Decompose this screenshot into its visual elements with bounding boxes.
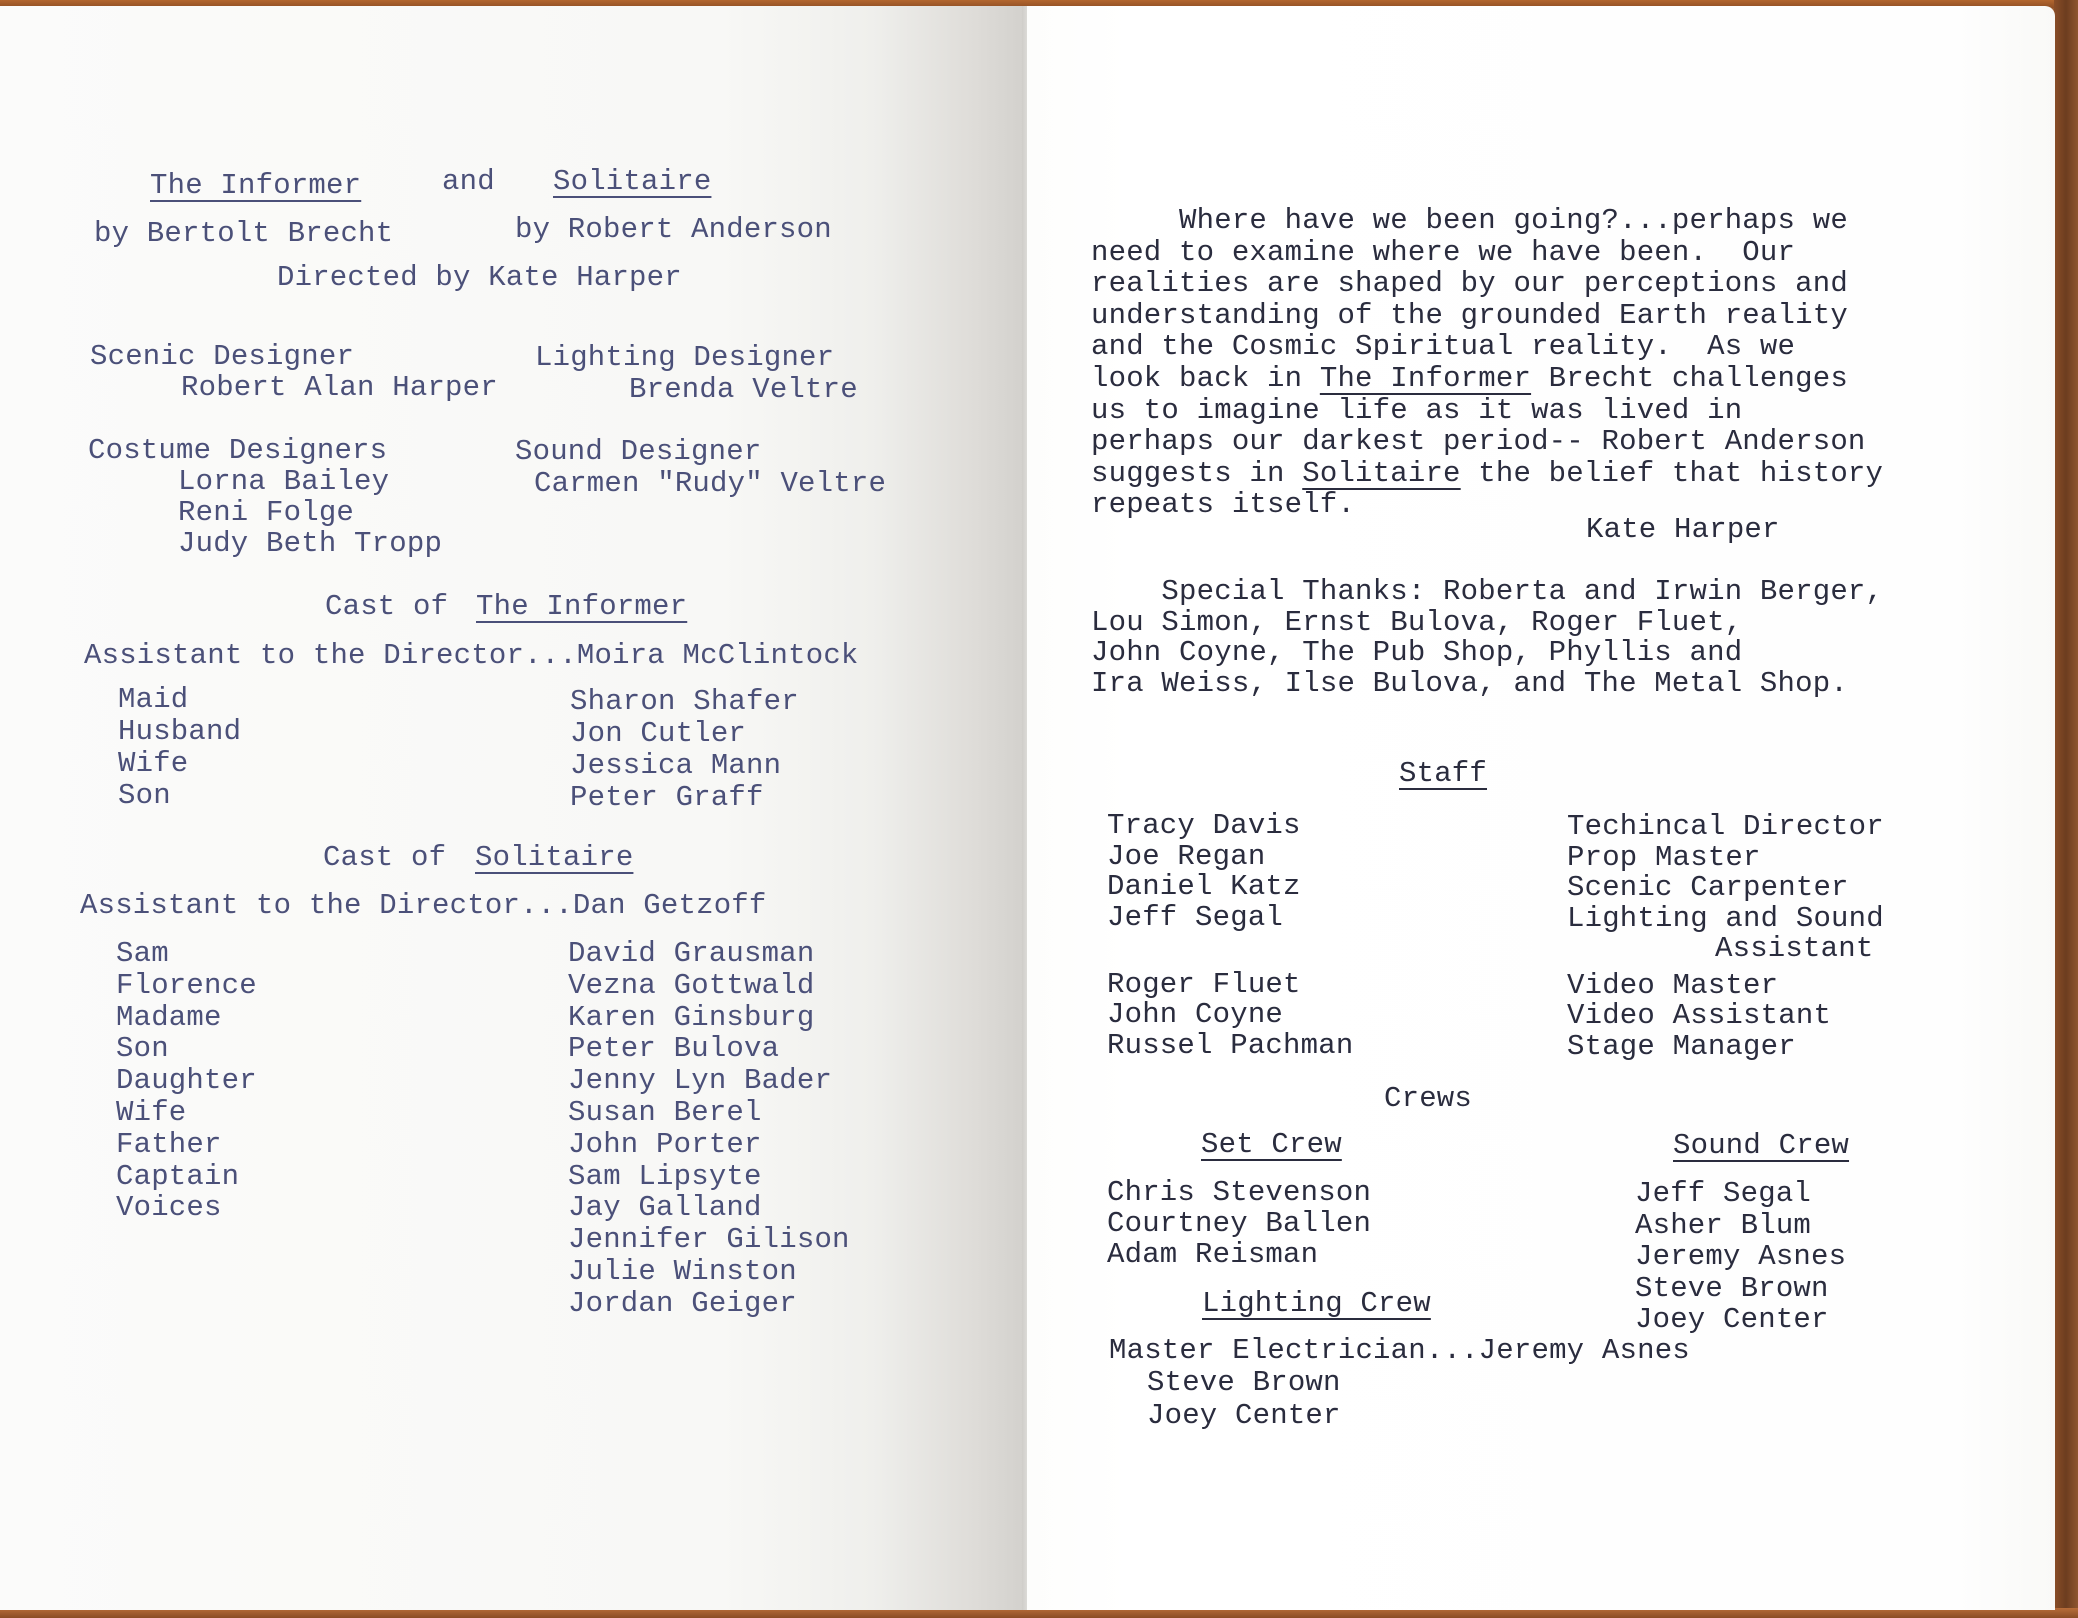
lighting-crew-member: Steve Brown [1147, 1367, 1341, 1399]
cast-informer-heading-prefix: Cast of [325, 591, 448, 623]
sound-designer-label: Sound Designer [515, 436, 761, 468]
program-right-page: Kate Harper Staff Crews Set Crew Sound C… [1027, 6, 2055, 1610]
note-line: perhaps our darkest period-- Robert Ande… [1091, 426, 1866, 458]
cast-role: Son [118, 780, 171, 812]
staff-name: Tracy Davis [1107, 810, 1301, 842]
sound-crew-member: Steve Brown [1635, 1273, 1829, 1305]
informer-assistant-director: Assistant to the Director...Moira McClin… [84, 640, 859, 672]
program-left-page: The Informer and Solitaire by Bertolt Br… [0, 6, 1027, 1610]
note-line: understanding of the grounded Earth real… [1091, 300, 1848, 332]
note-play-title: The Informer [1320, 362, 1531, 395]
cast-actor: Peter Bulova [568, 1033, 779, 1065]
staff-name: Joe Regan [1107, 841, 1265, 873]
sound-crew-member: Joey Center [1635, 1304, 1829, 1336]
cast-actor: Julie Winston [568, 1256, 797, 1288]
cast-role: Captain [116, 1161, 239, 1193]
note-line: need to examine where we have been. Our [1091, 237, 1795, 269]
staff-name: Jeff Segal [1107, 902, 1283, 934]
note-signature: Kate Harper [1586, 514, 1780, 546]
thanks-line: Lou Simon, Ernst Bulova, Roger Fluet, [1091, 607, 1742, 639]
cast-actor: Sharon Shafer [570, 686, 799, 718]
cast-actor: Jessica Mann [570, 750, 781, 782]
cast-actor: Jon Cutler [570, 718, 746, 750]
staff-role: Video Assistant [1567, 1000, 1831, 1032]
scenic-designer-name: Robert Alan Harper [181, 372, 498, 404]
cast-role: Voices [116, 1192, 222, 1224]
set-crew-member: Courtney Ballen [1107, 1208, 1371, 1240]
note-line: suggests in Solitaire the belief that hi… [1091, 458, 1883, 490]
cast-role: Florence [116, 970, 257, 1002]
title-play2: Solitaire [553, 166, 711, 198]
solitaire-assistant-director: Assistant to the Director...Dan Getzoff [80, 890, 767, 922]
title-play1: The Informer [150, 170, 361, 202]
thanks-line: Ira Weiss, Ilse Bulova, and The Metal Sh… [1091, 668, 1848, 700]
cast-actor: Susan Berel [568, 1097, 762, 1129]
staff-role: Video Master [1567, 970, 1778, 1002]
title-conjunction: and [442, 166, 495, 198]
thanks-line: John Coyne, The Pub Shop, Phyllis and [1091, 637, 1742, 669]
sound-crew-member: Jeremy Asnes [1635, 1241, 1846, 1273]
costume-designer-name: Judy Beth Tropp [178, 528, 442, 560]
cast-informer-heading-title: The Informer [476, 591, 687, 623]
staff-role: Prop Master [1567, 842, 1761, 874]
cast-role: Wife [116, 1097, 186, 1129]
costume-designer-name: Reni Folge [178, 497, 354, 529]
cast-role: Madame [116, 1002, 222, 1034]
staff-name: Russel Pachman [1107, 1030, 1353, 1062]
cast-role: Maid [118, 684, 188, 716]
note-line: look back in The Informer Brecht challen… [1091, 363, 1848, 395]
lighting-crew-heading: Lighting Crew [1202, 1288, 1431, 1320]
wood-table-edge-right [2054, 0, 2078, 1618]
note-line: Where have we been going?...perhaps we [1091, 205, 1848, 237]
master-electrician: Master Electrician...Jeremy Asnes [1109, 1335, 1690, 1367]
set-crew-member: Adam Reisman [1107, 1239, 1318, 1271]
cast-actor: Jordan Geiger [568, 1288, 797, 1320]
note-play-title: Solitaire [1302, 457, 1460, 490]
lighting-crew-member: Joey Center [1147, 1400, 1341, 1432]
cast-actor: David Grausman [568, 938, 814, 970]
sound-crew-heading: Sound Crew [1673, 1130, 1849, 1162]
cast-solitaire-heading-title: Solitaire [475, 842, 633, 874]
note-line: and the Cosmic Spiritual reality. As we [1091, 331, 1795, 363]
sound-crew-member: Jeff Segal [1635, 1178, 1811, 1210]
cast-role: Wife [118, 748, 188, 780]
costume-designer-name: Lorna Bailey [178, 466, 389, 498]
play1-author: by Bertolt Brecht [94, 218, 393, 250]
cast-solitaire-heading-prefix: Cast of [323, 842, 446, 874]
cast-role: Husband [118, 716, 241, 748]
crews-heading: Crews [1384, 1083, 1472, 1115]
staff-role: Stage Manager [1567, 1031, 1796, 1063]
staff-name: Roger Fluet [1107, 969, 1301, 1001]
cast-role: Sam [116, 938, 169, 970]
cast-actor: Sam Lipsyte [568, 1161, 762, 1193]
cast-role: Son [116, 1033, 169, 1065]
cast-actor: Vezna Gottwald [568, 970, 814, 1002]
costume-designers-label: Costume Designers [88, 435, 387, 467]
cast-actor: Peter Graff [570, 782, 764, 814]
lighting-designer-name: Brenda Veltre [629, 374, 858, 406]
lighting-designer-label: Lighting Designer [535, 342, 834, 374]
note-line: repeats itself. [1091, 489, 1355, 521]
sound-crew-member: Asher Blum [1635, 1210, 1811, 1242]
cast-actor: Jay Galland [568, 1192, 762, 1224]
staff-name: Daniel Katz [1107, 871, 1301, 903]
director-credit: Directed by Kate Harper [277, 262, 682, 294]
note-line: us to imagine life as it was lived in [1091, 395, 1742, 427]
play2-author: by Robert Anderson [515, 214, 832, 246]
scenic-designer-label: Scenic Designer [90, 341, 354, 373]
staff-name: John Coyne [1107, 999, 1283, 1031]
sound-designer-name: Carmen "Rudy" Veltre [534, 468, 886, 500]
set-crew-member: Chris Stevenson [1107, 1177, 1371, 1209]
cast-actor: John Porter [568, 1129, 762, 1161]
staff-role: Lighting and Sound [1567, 903, 1884, 935]
cast-role: Daughter [116, 1065, 257, 1097]
thanks-line: Special Thanks: Roberta and Irwin Berger… [1091, 576, 1883, 608]
staff-role: Assistant [1715, 933, 1873, 965]
staff-role: Techincal Director [1567, 811, 1884, 843]
set-crew-heading: Set Crew [1201, 1129, 1342, 1161]
cast-actor: Jennifer Gilison [568, 1224, 850, 1256]
staff-heading: Staff [1399, 758, 1487, 790]
staff-role: Scenic Carpenter [1567, 872, 1849, 904]
cast-role: Father [116, 1129, 222, 1161]
note-line: realities are shaped by our perceptions … [1091, 268, 1848, 300]
cast-actor: Karen Ginsburg [568, 1002, 814, 1034]
cast-actor: Jenny Lyn Bader [568, 1065, 832, 1097]
